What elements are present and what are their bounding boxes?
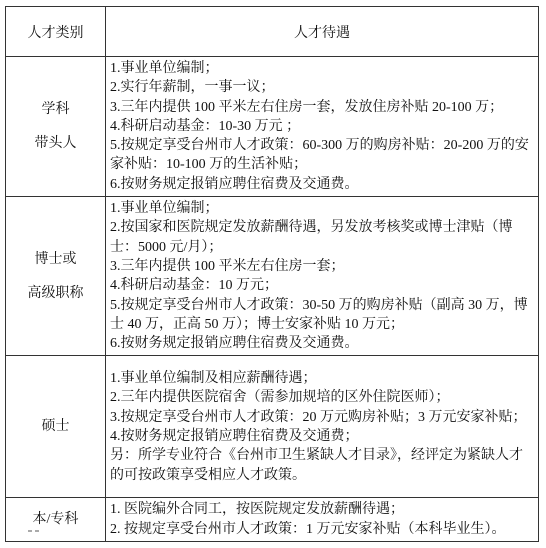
category-label-line: 博士或 (6, 242, 105, 276)
benefit-item: 6.按财务规定报销应聘住宿费及交通费。 (110, 175, 536, 194)
table-header-row: 人才类别 人才待遇 (6, 7, 539, 57)
benefits-cell-doctor-senior-title: 1.事业单位编制； 2.按国家和医院规定发放薪酬待遇，另发放考核奖或博士津贴（博… (106, 197, 539, 356)
category-label-line: 硕士 (6, 410, 105, 444)
benefit-item: 2.三年内提供医院宿舍（需参加规培的区外住院医师）； (110, 388, 536, 407)
benefit-item: 2.按国家和医院规定发放薪酬待遇，另发放考核奖或博士津贴（博士：5000 元/月… (110, 218, 536, 257)
document-page: 人才类别 人才待遇 学科 带头人 1.事业单位编制； 2.实行年薪制，一事一议；… (0, 0, 546, 535)
table-row-doctor-senior-title: 博士或 高级职称 1.事业单位编制； 2.按国家和医院规定发放薪酬待遇，另发放考… (6, 197, 539, 356)
category-label-line: 高级职称 (6, 276, 105, 310)
benefit-item: 2.实行年薪制，一事一议； (110, 78, 536, 97)
category-cell-master: 硕士 (6, 356, 106, 498)
category-cell-subject-leader: 学科 带头人 (6, 57, 106, 197)
benefit-item: 1.事业单位编制； (110, 59, 536, 78)
benefits-cell-subject-leader: 1.事业单位编制； 2.实行年薪制，一事一议； 3.三年内提供 100 平米左右… (106, 57, 539, 197)
benefit-item: 2. 按规定享受台州市人才政策：1 万元安家补贴（本科毕业生）。 (110, 520, 536, 539)
benefit-item: 1.事业单位编制及相应薪酬待遇； (110, 369, 536, 388)
table-row-bachelor-associate: 本/专科 1. 医院编外合同工，按医院规定发放薪酬待遇； 2. 按规定享受台州市… (6, 498, 539, 542)
cut-off-text-artifact (28, 530, 42, 533)
benefits-cell-master: 1.事业单位编制及相应薪酬待遇； 2.三年内提供医院宿舍（需参加规培的区外住院医… (106, 356, 539, 498)
category-cell-bachelor-associate: 本/专科 (6, 498, 106, 542)
benefits-cell-bachelor-associate: 1. 医院编外合同工，按医院规定发放薪酬待遇； 2. 按规定享受台州市人才政策：… (106, 498, 539, 542)
benefit-item: 1.事业单位编制； (110, 199, 536, 218)
benefit-item: 4.科研启动基金：10-30 万元 ； (110, 117, 536, 136)
benefit-item: 3.三年内提供 100 平米左右住房一套； (110, 257, 536, 276)
talent-benefits-table: 人才类别 人才待遇 学科 带头人 1.事业单位编制； 2.实行年薪制，一事一议；… (5, 6, 539, 542)
category-label-line: 带头人 (6, 127, 105, 161)
benefit-item: 3.按规定享受台州市人才政策：20 万元购房补贴；3 万元安家补贴； (110, 408, 536, 427)
category-label-line: 学科 (6, 93, 105, 127)
benefit-item: 另：所学专业符合《台州市卫生紧缺人才目录》，经评定为紧缺人才的可按政策享受相应人… (110, 446, 536, 485)
benefit-item: 1. 医院编外合同工，按医院规定发放薪酬待遇； (110, 500, 536, 519)
table-row-master: 硕士 1.事业单位编制及相应薪酬待遇； 2.三年内提供医院宿舍（需参加规培的区外… (6, 356, 539, 498)
benefit-item: 6.按财务规定报销应聘住宿费及交通费。 (110, 334, 536, 353)
benefit-item: 5.按规定享受台州市人才政策：60-300 万的购房补贴：20-200 万的安家… (110, 136, 536, 175)
header-talent-category: 人才类别 (6, 7, 106, 57)
category-cell-doctor-senior-title: 博士或 高级职称 (6, 197, 106, 356)
benefit-item: 5.按规定享受台州市人才政策：30-50 万的购房补贴（副高 30 万，博士 4… (110, 296, 536, 335)
benefit-item: 3.三年内提供 100 平米左右住房一套，发放住房补贴 20-100 万； (110, 98, 536, 117)
category-label-line: 本/专科 (6, 503, 105, 537)
table-row-subject-leader: 学科 带头人 1.事业单位编制； 2.实行年薪制，一事一议； 3.三年内提供 1… (6, 57, 539, 197)
benefit-item: 4.按财务规定报销应聘住宿费及交通费； (110, 427, 536, 446)
header-talent-benefits: 人才待遇 (106, 7, 539, 57)
benefit-item: 4.科研启动基金：10 万元； (110, 276, 536, 295)
